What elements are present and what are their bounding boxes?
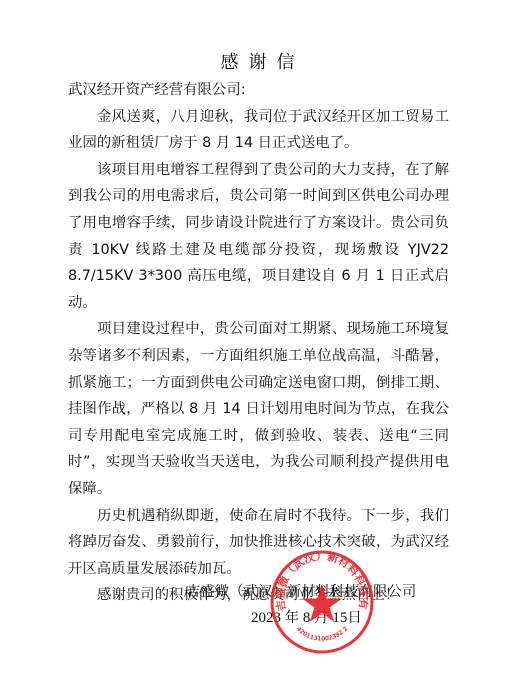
paragraph-4: 历史机遇稍纵即逝，使命在肩时不我待。下一步，我们将踔厉奋发、勇毅前行，加快推进核… — [68, 503, 449, 583]
paragraph-2: 该项目用电增容工程得到了贵公司的大力支持，在了解到我公司的用电需求后，贵公司第一… — [68, 157, 449, 317]
letter-page: 感谢信 武汉经开资产经营有限公司: 金风送爽，八月迎秋，我司位于武汉经开区加工贸… — [0, 0, 515, 686]
stamp-code: 4201131002392 2 — [295, 625, 349, 642]
star-icon — [302, 584, 342, 622]
svg-text:4201131002392 2: 4201131002392 2 — [295, 625, 349, 642]
paragraph-3: 项目建设过程中，贵公司面对工期紧、现场施工环境复杂等诸多不利因素，一方面组织施工… — [68, 316, 449, 502]
letter-title: 感谢信 — [0, 48, 515, 74]
salutation: 武汉经开资产经营有限公司: — [68, 77, 449, 104]
company-seal-stamp-icon: 吉盛微（武汉）新材料科技有限公司 4201131002392 2 — [268, 548, 376, 656]
paragraph-1: 金风送爽，八月迎秋，我司位于武汉经开区加工贸易工业园的新租赁厂房于 8 月 14… — [68, 104, 449, 157]
letter-body: 武汉经开资产经营有限公司: 金风送爽，八月迎秋，我司位于武汉经开区加工贸易工业园… — [68, 77, 449, 609]
